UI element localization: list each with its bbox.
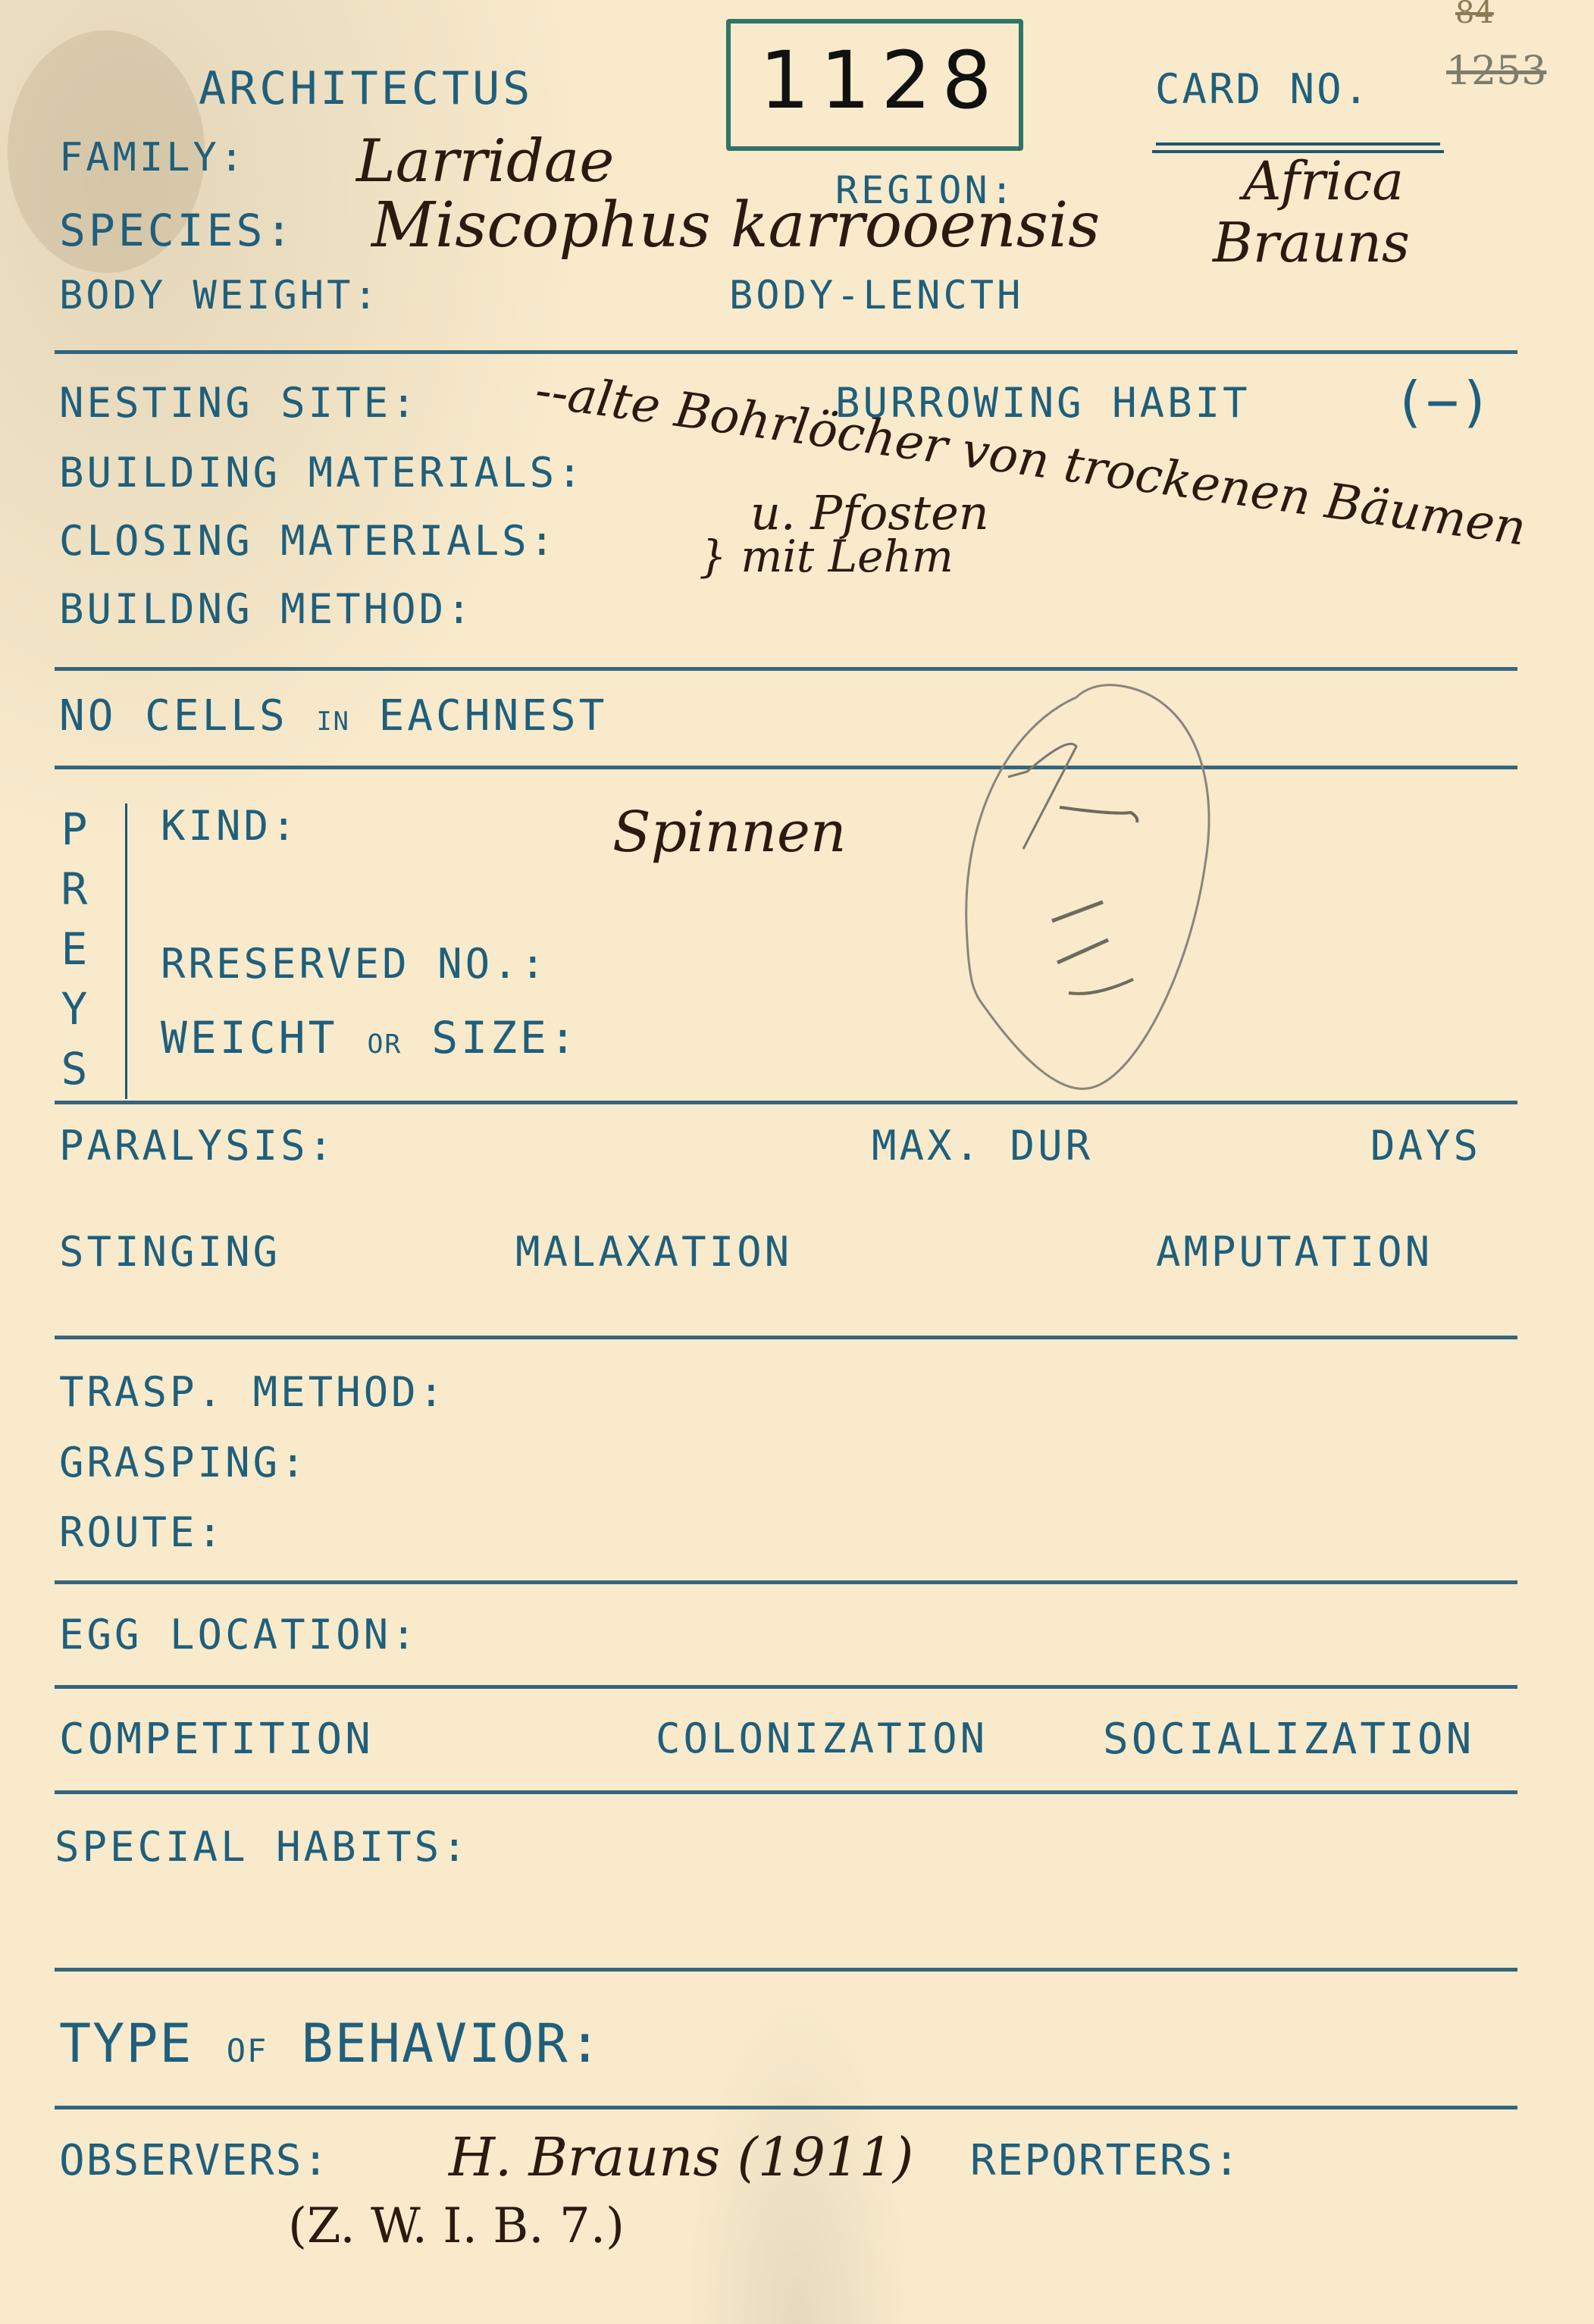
special-habits-label: SPECIAL HABITS:: [55, 1823, 470, 1871]
divider: [55, 1336, 1517, 1339]
behavior-label-of: OF: [227, 2032, 268, 2069]
prey-kind-value: Spinnen: [612, 800, 847, 865]
cells-label: NO CELLS IN EACHNEST: [59, 691, 607, 741]
prey-kind-label: KIND:: [161, 802, 299, 850]
transport-method-label: TRASP. METHOD:: [59, 1368, 446, 1416]
behavior-label-behavior: BEHAVIOR:: [301, 2012, 602, 2075]
body-length-label: BODY-LENCTH: [729, 273, 1023, 318]
competition-label: COMPETITION: [59, 1715, 374, 1764]
card-no-value: 1253: [1446, 49, 1546, 94]
colonization-label: COLONIZATION: [656, 1715, 988, 1762]
index-card: ARCHITECTUS 1128 CARD NO. 1253 84 FAMILY…: [0, 0, 1594, 2324]
weight-size-label: WEICHT OR SIZE:: [161, 1012, 579, 1063]
family-label: FAMILY:: [59, 135, 246, 180]
socialization-label: SOCIALIZATION: [1103, 1715, 1474, 1764]
card-no-underline: [1156, 143, 1440, 146]
pencil-sketch-icon: [963, 682, 1235, 1107]
observers-value: H. Brauns (1911): [449, 2126, 913, 2188]
preys-letter: S: [52, 1039, 97, 1099]
divider: [55, 1790, 1517, 1794]
cells-label-in: IN: [316, 706, 349, 736]
days-label: DAYS: [1370, 1122, 1481, 1170]
preserved-no-label: RRESERVED NO.:: [161, 940, 548, 988]
preys-letter: P: [52, 800, 97, 860]
species-value: Miscophus karrooensis: [371, 189, 1100, 262]
preys-divider: [125, 803, 127, 1099]
divider: [55, 766, 1517, 769]
divider: [55, 1968, 1517, 1972]
family-value: Larridae: [356, 127, 614, 196]
behavior-label-type: TYPE: [59, 2012, 193, 2075]
type-of-behavior-label: TYPE OF BEHAVIOR:: [59, 2012, 603, 2075]
preys-letter: R: [52, 860, 97, 919]
closing-materials-label: CLOSING MATERIALS:: [59, 517, 557, 565]
stinging-label: STINGING: [59, 1228, 280, 1276]
weight-label-or: OR: [367, 1029, 402, 1060]
observers-reference: (Z. W. I. B. 7.): [288, 2198, 625, 2254]
card-no-top-struck: 84: [1455, 0, 1494, 30]
burrowing-habit-label: BURROWING HABIT: [835, 379, 1251, 427]
cells-label-end: EACHNEST: [379, 691, 608, 741]
card-no-label: CARD NO.: [1155, 65, 1370, 113]
closing-materials-value: } mit Lehm: [699, 531, 954, 582]
max-dur-label: MAX. DUR: [872, 1122, 1093, 1170]
building-method-label: BUILDNG METHOD:: [59, 585, 474, 633]
divider: [55, 667, 1517, 671]
preys-letter: E: [52, 919, 97, 979]
divider: [55, 350, 1517, 354]
divider: [55, 1580, 1517, 1584]
building-materials-label: BUILDING MATERIALS:: [59, 449, 585, 496]
species-author: Brauns: [1213, 211, 1410, 274]
malaxation-label: MALAXATION: [515, 1228, 792, 1276]
cells-label-text: NO CELLS: [59, 691, 288, 741]
nesting-site-label: NESTING SITE:: [59, 379, 419, 427]
burrowing-habit-value: (−): [1393, 370, 1492, 434]
egg-location-label: EGG LOCATION:: [59, 1611, 419, 1658]
grasping-label: GRASPING:: [59, 1439, 308, 1486]
preys-vertical-label: P R E Y S: [52, 800, 97, 1099]
divider: [55, 2106, 1517, 2109]
route-label: ROUTE:: [59, 1508, 225, 1556]
species-label: SPECIES:: [59, 205, 295, 256]
preys-letter: Y: [52, 979, 97, 1039]
divider: [55, 1101, 1517, 1104]
reporters-label: REPORTERS:: [970, 2136, 1241, 2185]
weight-label-text: WEICHT: [161, 1012, 338, 1063]
region-value: Africa: [1243, 150, 1404, 212]
paralysis-label: PARALYSIS:: [59, 1122, 336, 1170]
body-weight-label: BODY WEIGHT:: [59, 273, 380, 318]
card-number: 1128: [759, 34, 1003, 127]
divider: [55, 1685, 1517, 1689]
amputation-label: AMPUTATION: [1156, 1228, 1433, 1276]
card-title: ARCHITECTUS: [199, 62, 533, 115]
observers-label: OBSERVERS:: [59, 2136, 330, 2185]
weight-label-end: SIZE:: [431, 1012, 579, 1063]
